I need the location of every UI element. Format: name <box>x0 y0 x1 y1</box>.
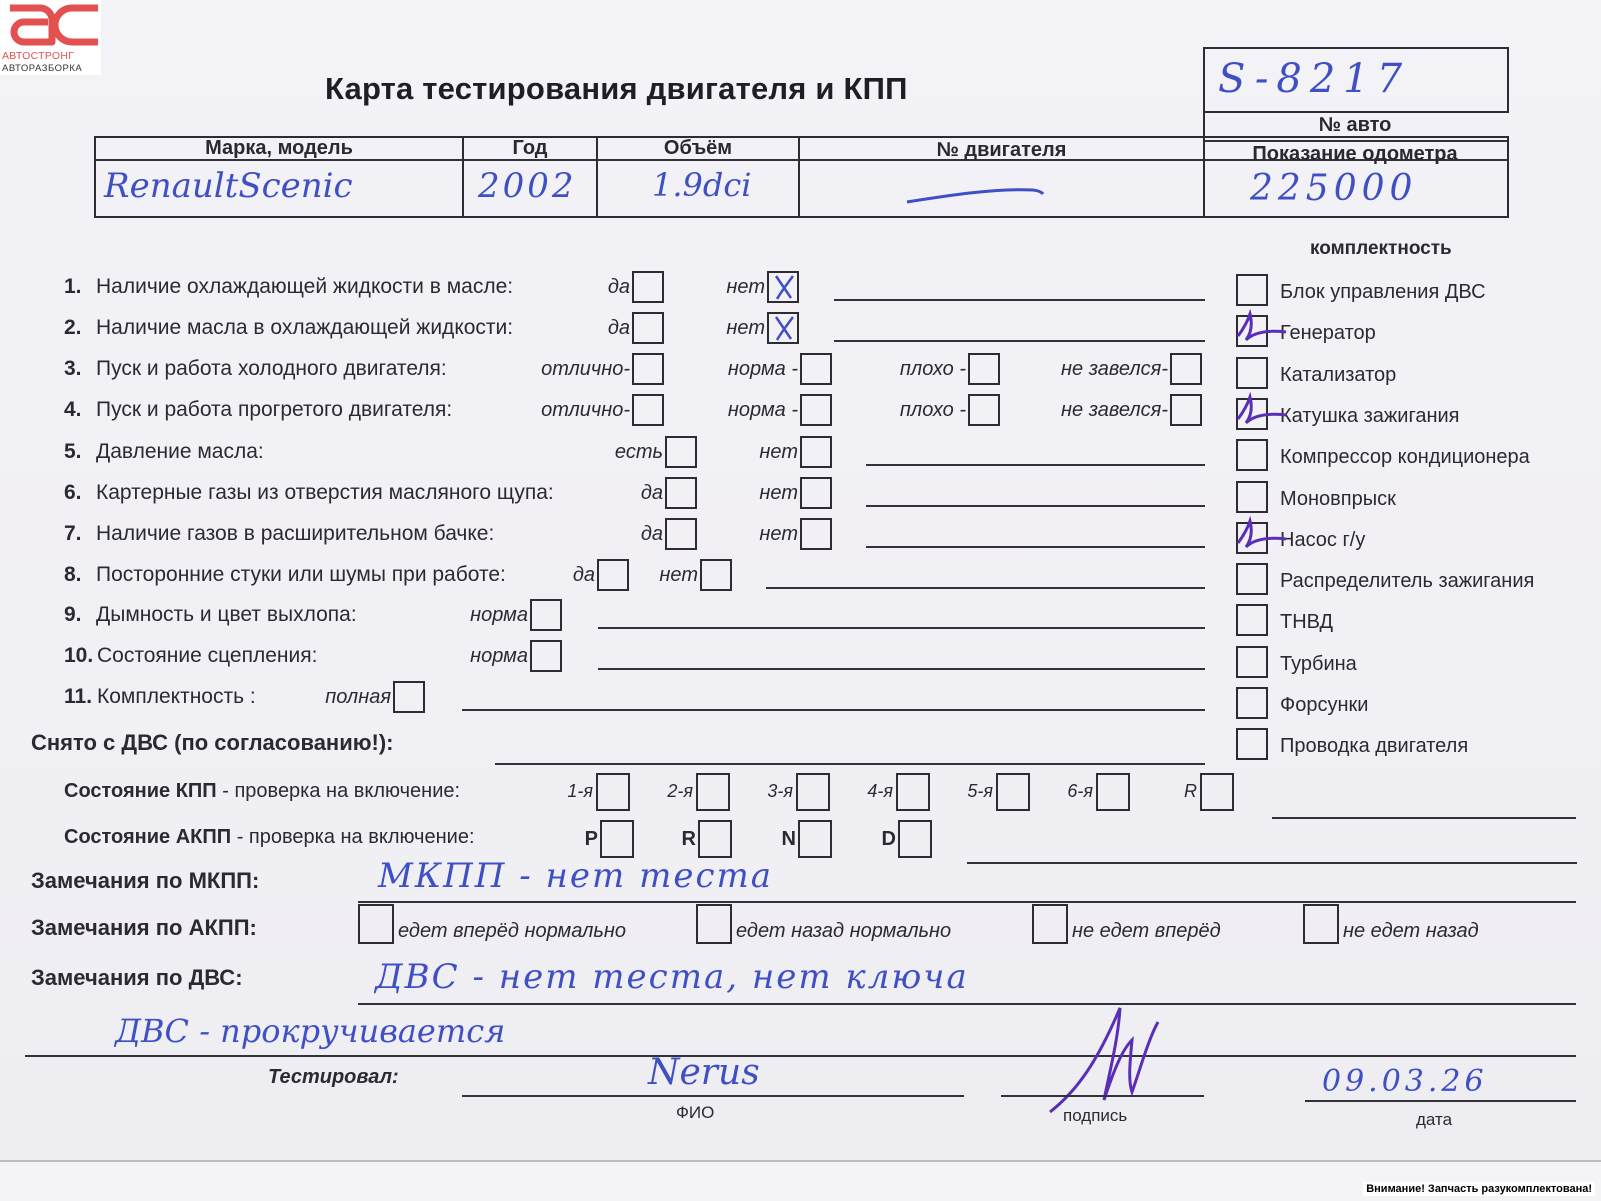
option-checkbox[interactable] <box>800 477 832 509</box>
option-checkbox[interactable] <box>800 436 832 468</box>
question-11: 11.Комплектность : <box>64 685 256 709</box>
question-text: Наличие охлаждающей жидкости в масле: <box>96 275 513 298</box>
question-2: 2.Наличие масла в охлаждающей жидкости: <box>64 316 513 340</box>
question-3: 3.Пуск и работа холодного двигателя: <box>64 357 447 381</box>
option-checkbox[interactable] <box>530 599 562 631</box>
option-checkbox[interactable] <box>632 394 664 426</box>
mkpp-remarks-value[interactable]: МКПП - нет теста <box>378 856 773 896</box>
completeness-item: Моновпрыск <box>1280 488 1396 511</box>
question-note-input[interactable] <box>866 505 1205 507</box>
signature-icon <box>1048 1000 1178 1120</box>
completeness-checkbox[interactable] <box>1236 728 1268 760</box>
option-label: нет <box>726 276 765 299</box>
completeness-checkbox[interactable] <box>1236 687 1268 719</box>
col-volume: Объём <box>598 137 798 160</box>
completeness-item: Проводка двигателя <box>1280 735 1468 758</box>
dvs-remarks-label: Замечания по ДВС: <box>31 965 243 991</box>
option-checkbox[interactable] <box>530 640 562 672</box>
akpp-checkbox[interactable] <box>358 904 394 944</box>
signature-caption: подпись <box>1063 1106 1127 1126</box>
question-text: Картерные газы из отверстия масляного щу… <box>96 481 554 504</box>
auto-gearbox-label: Состояние АКПП - проверка на включение: <box>64 826 475 849</box>
volume-value: 1.9dci <box>652 166 752 204</box>
model-value: RenaultScenic <box>104 166 353 206</box>
question-8: 8.Посторонние стуки или шумы при работе: <box>64 563 506 587</box>
option-checkbox[interactable] <box>632 353 664 385</box>
gear-checkbox[interactable] <box>1200 773 1234 811</box>
question-text: Пуск и работа холодного двигателя: <box>96 357 447 380</box>
position-label: R <box>682 828 696 851</box>
option-checkbox[interactable] <box>665 436 697 468</box>
tested-by-label: Тестировал: <box>268 1066 399 1089</box>
checkmark-icon <box>1234 310 1294 350</box>
question-10: 10.Состояние сцепления: <box>64 644 317 668</box>
date-caption: дата <box>1416 1110 1452 1130</box>
option-checkbox[interactable] <box>800 353 832 385</box>
completeness-checkbox[interactable] <box>1236 563 1268 595</box>
name-caption: ФИО <box>676 1103 714 1123</box>
removed-input[interactable] <box>495 763 1205 765</box>
dvs-remarks-value-1[interactable]: ДВС - нет теста, нет ключа <box>375 957 969 997</box>
question-text: Давление масла: <box>96 440 264 463</box>
akpp-option-label: едет назад нормально <box>736 920 951 943</box>
gear-label: 4-я <box>867 781 893 802</box>
gear-label: 1-я <box>567 781 593 802</box>
option-label: плохо - <box>900 399 966 422</box>
option-label: да <box>608 317 630 340</box>
question-number: 5. <box>64 440 96 464</box>
completeness-title: комплектность <box>1310 238 1452 260</box>
gear-label: R <box>1184 781 1197 802</box>
mkpp-remarks-label: Замечания по МКПП: <box>31 868 259 894</box>
question-text: Комплектность : <box>97 685 256 708</box>
dvs-remarks-value-2[interactable]: ДВС - прокручивается <box>115 1012 505 1050</box>
question-note-input[interactable] <box>462 709 1205 711</box>
position-checkbox[interactable] <box>798 820 832 858</box>
year-value: 2002 <box>478 166 577 206</box>
completeness-item: Форсунки <box>1280 694 1368 717</box>
question-number: 7. <box>64 522 96 546</box>
option-label: нет <box>759 523 798 546</box>
option-checkbox[interactable] <box>800 394 832 426</box>
option-label: нет <box>759 441 798 464</box>
col-model: Марка, модель <box>96 137 462 160</box>
completeness-item: Генератор <box>1280 322 1376 345</box>
question-number: 6. <box>64 481 96 505</box>
completeness-checkbox[interactable] <box>1236 481 1268 513</box>
position-checkbox[interactable] <box>698 820 732 858</box>
question-5: 5.Давление масла: <box>64 440 264 464</box>
option-label: не завелся- <box>1061 399 1168 422</box>
gear-label: 2-я <box>667 781 693 802</box>
engine-number-dash-icon <box>905 180 1045 210</box>
gear-label: 3-я <box>767 781 793 802</box>
tester-name-value[interactable]: Nerus <box>648 1052 760 1093</box>
akpp-checkbox[interactable] <box>1032 904 1068 944</box>
option-checkbox[interactable] <box>632 312 664 344</box>
question-note-input[interactable] <box>866 464 1205 466</box>
question-text: Состояние сцепления: <box>97 644 317 667</box>
question-6: 6.Картерные газы из отверстия масляного … <box>64 481 554 505</box>
option-checkbox[interactable] <box>597 559 629 591</box>
col-odometer: Показание одометра <box>1205 143 1505 166</box>
position-label: N <box>782 828 796 851</box>
completeness-checkbox[interactable] <box>1236 357 1268 389</box>
option-checkbox[interactable] <box>665 477 697 509</box>
question-number: 1. <box>64 275 96 299</box>
checkmark-icon <box>1234 517 1294 557</box>
completeness-item: Катушка зажигания <box>1280 405 1460 428</box>
completeness-item: ТНВД <box>1280 611 1333 634</box>
logo-ac-icon <box>4 2 100 48</box>
option-label: отлично- <box>541 399 630 422</box>
page-title: Карта тестирования двигателя и КПП <box>325 71 908 107</box>
completeness-checkbox[interactable] <box>1236 604 1268 636</box>
question-note-input[interactable] <box>598 627 1205 629</box>
completeness-item: Турбина <box>1280 653 1357 676</box>
gear-checkbox[interactable] <box>896 773 930 811</box>
akpp-checkbox[interactable] <box>696 904 732 944</box>
footer-warning: Внимание! Запчасть разукомплектована! <box>1363 1182 1595 1196</box>
question-note-input[interactable] <box>598 668 1205 670</box>
checkmark-icon <box>1234 393 1294 433</box>
gear-label: 6-я <box>1067 781 1093 802</box>
gear-checkbox[interactable] <box>796 773 830 811</box>
auto-gearbox-note-input[interactable] <box>967 862 1577 864</box>
manual-gearbox-note-input[interactable] <box>1272 817 1576 819</box>
option-label: не завелся- <box>1061 358 1168 381</box>
question-text: Наличие масла в охлаждающей жидкости: <box>96 316 513 339</box>
gear-checkbox[interactable] <box>996 773 1030 811</box>
question-note-input[interactable] <box>834 340 1205 342</box>
question-number: 8. <box>64 563 96 587</box>
logo-subtitle: АВТОРАЗБОРКА <box>2 63 82 74</box>
logo-brand: АВТОСТРОНГ <box>2 50 74 62</box>
date-value[interactable]: 09.03.26 <box>1322 1064 1488 1099</box>
question-text: Наличие газов в расширительном бачке: <box>96 522 494 545</box>
option-label: норма <box>470 604 528 627</box>
scan-bottom-edge <box>0 1160 1601 1201</box>
col-year: Год <box>464 137 596 160</box>
completeness-item: Компрессор кондиционера <box>1280 446 1530 469</box>
car-number-value: S-8217 <box>1218 56 1410 102</box>
question-9: 9.Дымность и цвет выхлопа: <box>64 603 357 627</box>
completeness-item: Распределитель зажигания <box>1280 570 1534 593</box>
option-checkbox[interactable] <box>1170 394 1202 426</box>
option-label: да <box>641 482 663 505</box>
position-label: P <box>585 828 598 851</box>
option-label: норма - <box>728 399 798 422</box>
option-checkbox[interactable] <box>968 353 1000 385</box>
option-label: нет <box>726 317 765 340</box>
position-label: D <box>882 828 896 851</box>
question-number: 2. <box>64 316 96 340</box>
manual-gearbox-label: Состояние КПП - проверка на включение: <box>64 780 460 803</box>
gear-checkbox[interactable] <box>596 773 630 811</box>
position-checkbox[interactable] <box>898 820 932 858</box>
company-logo: АВТОСТРОНГ АВТОРАЗБОРКА <box>0 0 101 75</box>
question-number: 11. <box>64 685 97 709</box>
question-number: 9. <box>64 603 96 627</box>
question-text: Посторонние стуки или шумы при работе: <box>96 563 506 586</box>
option-label: отлично- <box>541 358 630 381</box>
position-checkbox[interactable] <box>600 820 634 858</box>
completeness-checkbox[interactable] <box>1236 274 1268 306</box>
completeness-item: Катализатор <box>1280 364 1396 387</box>
option-label: да <box>573 564 595 587</box>
option-label: норма - <box>728 358 798 381</box>
check-x-icon <box>767 311 801 345</box>
option-checkbox[interactable] <box>632 271 664 303</box>
akpp-option-label: едет вперёд нормально <box>398 920 626 943</box>
question-4: 4.Пуск и работа прогретого двигателя: <box>64 398 452 422</box>
akpp-remarks-label: Замечания по АКПП: <box>31 915 257 941</box>
gear-checkbox[interactable] <box>1096 773 1130 811</box>
completeness-item: Блок управления ДВС <box>1280 281 1486 304</box>
car-number-label: № авто <box>1205 114 1505 137</box>
question-note-input[interactable] <box>834 299 1205 301</box>
gear-label: 5-я <box>967 781 993 802</box>
question-note-input[interactable] <box>866 546 1205 548</box>
completeness-checkbox[interactable] <box>1236 439 1268 471</box>
akpp-option-label: не едет вперёд <box>1072 920 1221 943</box>
question-number: 10. <box>64 644 97 668</box>
question-1: 1.Наличие охлаждающей жидкости в масле: <box>64 275 513 299</box>
akpp-option-label: не едет назад <box>1343 920 1479 943</box>
option-label: да <box>641 523 663 546</box>
question-note-input[interactable] <box>766 587 1205 589</box>
option-checkbox[interactable] <box>700 559 732 591</box>
gear-checkbox[interactable] <box>696 773 730 811</box>
option-label: да <box>608 276 630 299</box>
question-text: Пуск и работа прогретого двигателя: <box>96 398 452 421</box>
option-label: плохо - <box>900 358 966 381</box>
question-7: 7.Наличие газов в расширительном бачке: <box>64 522 494 546</box>
question-number: 3. <box>64 357 96 381</box>
option-label: нет <box>659 564 698 587</box>
option-label: нет <box>759 482 798 505</box>
removed-label: Снято с ДВС (по согласованию!): <box>31 730 394 756</box>
option-label: есть <box>615 441 663 464</box>
option-checkbox[interactable] <box>1170 353 1202 385</box>
option-checkbox[interactable] <box>393 681 425 713</box>
check-x-icon <box>767 270 801 304</box>
completeness-checkbox[interactable] <box>1236 646 1268 678</box>
option-checkbox[interactable] <box>968 394 1000 426</box>
akpp-checkbox[interactable] <box>1303 904 1339 944</box>
col-engine-no: № двигателя <box>800 139 1203 162</box>
option-label: норма <box>470 645 528 668</box>
option-checkbox[interactable] <box>665 518 697 550</box>
odometer-value: 225000 <box>1250 168 1417 209</box>
question-number: 4. <box>64 398 96 422</box>
option-label: полная <box>325 686 391 709</box>
option-checkbox[interactable] <box>800 518 832 550</box>
question-text: Дымность и цвет выхлопа: <box>96 603 357 626</box>
